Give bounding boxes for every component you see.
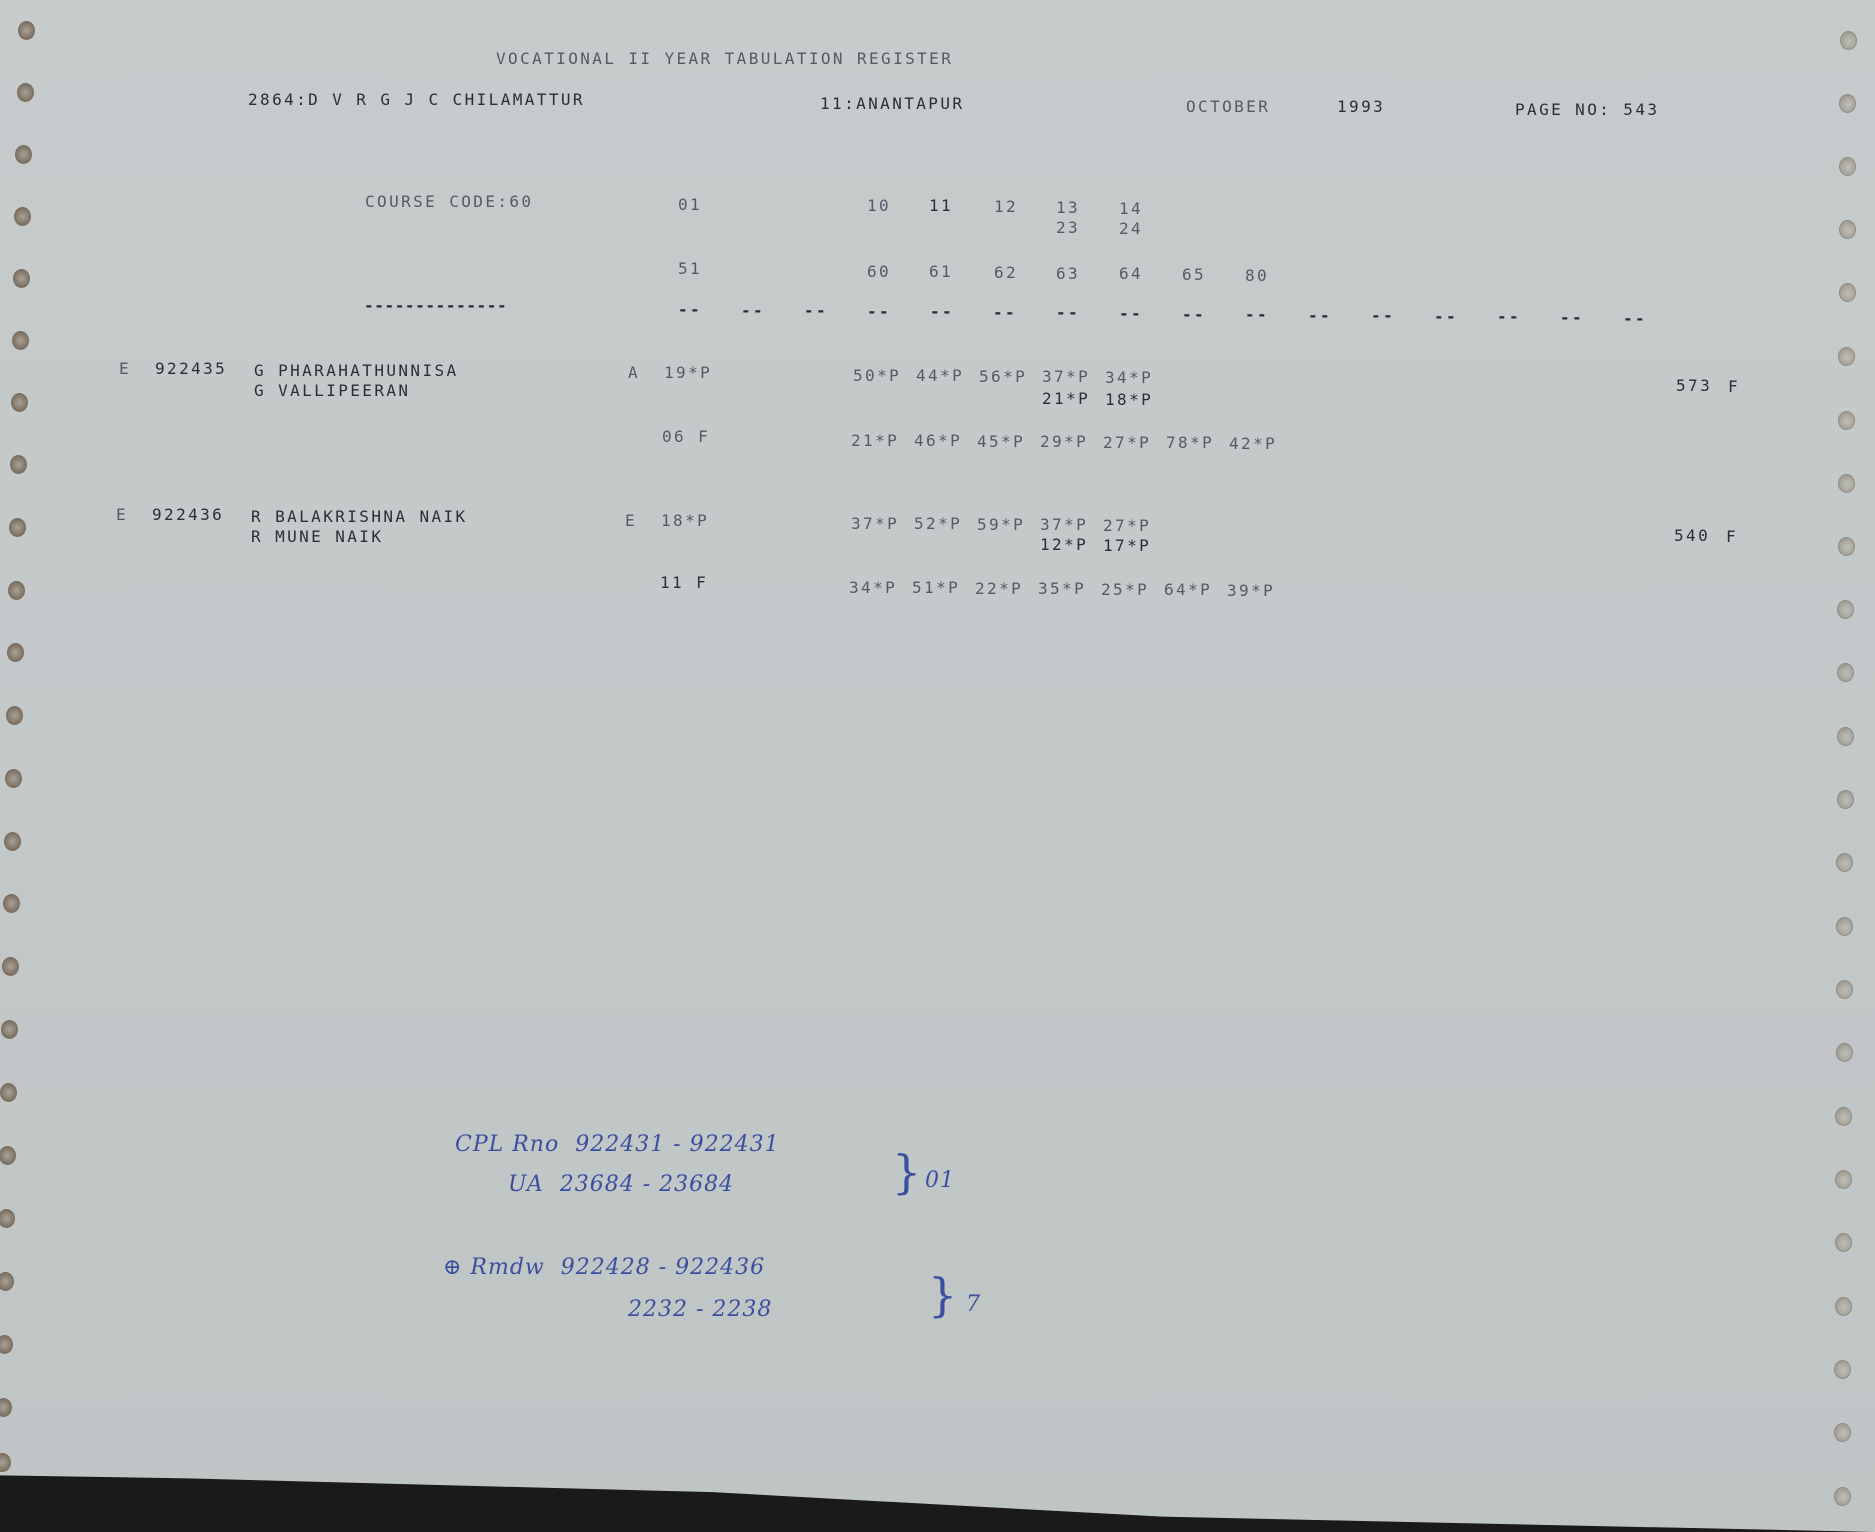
language-group: A	[628, 364, 640, 382]
col-header: 11	[929, 197, 953, 215]
feed-hole-icon	[13, 269, 30, 288]
student-father-name: G VALLIPEERAN	[254, 382, 410, 400]
feed-hole-icon	[1835, 1107, 1852, 1126]
feed-hole-icon	[0, 1209, 15, 1228]
college-name: 2864:D V R G J C CHILAMATTUR	[248, 91, 585, 109]
feed-hole-icon	[1837, 727, 1854, 746]
col-header: 63	[1056, 265, 1080, 283]
dash: --	[1182, 306, 1206, 324]
mark: 22*P	[975, 580, 1023, 598]
feed-hole-icon	[1834, 1423, 1851, 1442]
district-name: 11:ANANTAPUR	[820, 95, 964, 113]
col-header: 62	[994, 264, 1018, 282]
feed-hole-icon	[10, 455, 27, 474]
student-category: E	[116, 506, 128, 524]
register-title: VOCATIONAL II YEAR TABULATION REGISTER	[496, 50, 953, 68]
feed-hole-icon	[1839, 283, 1856, 302]
dash: --	[1119, 305, 1143, 323]
mark: 34*P	[849, 579, 897, 597]
col-header: 65	[1182, 266, 1206, 284]
page-number: PAGE NO: 543	[1515, 101, 1659, 119]
feed-hole-icon	[1838, 474, 1855, 493]
mark: 37*P	[1040, 516, 1088, 534]
col-header: 51	[678, 260, 702, 278]
mark: 37*P	[851, 515, 899, 533]
handwritten-line: ⊕ Rmdw 922428 - 922436	[443, 1255, 765, 1280]
feed-hole-icon	[18, 21, 35, 40]
feed-hole-icon	[15, 145, 32, 164]
feed-hole-icon	[11, 393, 28, 412]
result-status: F	[1728, 378, 1740, 396]
student-father-name: R MUNE NAIK	[251, 528, 383, 546]
feed-hole-icon	[1836, 917, 1853, 936]
col-header: 80	[1245, 267, 1269, 285]
language-group: E	[625, 512, 637, 530]
student-category: E	[119, 360, 131, 378]
feed-hole-icon	[1834, 1360, 1851, 1379]
dash: --	[867, 303, 891, 321]
mark: 42*P	[1229, 435, 1277, 453]
feed-hole-icon	[0, 1083, 17, 1102]
feed-hole-icon	[3, 894, 20, 913]
student-name: G PHARAHATHUNNISA	[254, 362, 459, 380]
feed-hole-icon	[14, 207, 31, 226]
part1-marks-row2: 11 F	[660, 574, 708, 592]
feed-hole-icon	[12, 331, 29, 350]
dash: --	[1056, 304, 1080, 322]
col-header: 23	[1056, 219, 1080, 237]
mark: 37*P	[1042, 368, 1090, 386]
handwritten-line: UA 23684 - 23684	[508, 1172, 734, 1197]
mark: 50*P	[853, 367, 901, 385]
mark: 29*P	[1040, 433, 1088, 451]
dash: --	[993, 304, 1017, 322]
result-status: F	[1726, 528, 1738, 546]
dash: --	[1434, 308, 1458, 326]
dash: --	[678, 301, 702, 319]
col-header: 13	[1056, 199, 1080, 217]
part1-marks: 19*P	[664, 364, 712, 382]
feed-hole-icon	[1838, 411, 1855, 430]
feed-hole-icon	[7, 643, 24, 662]
dash: --	[1245, 306, 1269, 324]
mark: 21*P	[1042, 390, 1090, 408]
feed-hole-icon	[0, 1398, 12, 1417]
col-header: 12	[994, 198, 1018, 216]
mark: 39*P	[1227, 582, 1275, 600]
feed-hole-icon	[1839, 157, 1856, 176]
feed-hole-icon	[0, 1335, 13, 1354]
feed-hole-icon	[1, 1020, 18, 1039]
student-roll-no: 922435	[155, 360, 227, 378]
exam-year: 1993	[1337, 98, 1385, 116]
dash: --	[1497, 308, 1521, 326]
mark: 59*P	[977, 516, 1025, 534]
mark: 17*P	[1103, 537, 1151, 555]
feed-hole-icon	[1835, 1297, 1852, 1316]
feed-hole-icon	[5, 769, 22, 788]
mark: 27*P	[1103, 434, 1151, 452]
feed-hole-icon	[1837, 600, 1854, 619]
dash: --	[1560, 309, 1584, 327]
mark: 78*P	[1166, 434, 1214, 452]
feed-hole-icon	[1836, 1043, 1853, 1062]
feed-hole-icon	[2, 957, 19, 976]
exam-month: OCTOBER	[1186, 98, 1270, 116]
feed-hole-icon	[0, 1453, 11, 1472]
col-header: 01	[678, 196, 702, 214]
dash: --	[1308, 307, 1332, 325]
col-header: 60	[867, 263, 891, 281]
feed-hole-icon	[1835, 1233, 1852, 1252]
feed-hole-icon	[1835, 1170, 1852, 1189]
feed-hole-icon	[1836, 853, 1853, 872]
course-code: COURSE CODE:60	[365, 193, 533, 211]
mark: 51*P	[912, 579, 960, 597]
dash: --	[930, 303, 954, 321]
tabulation-sheet: VOCATIONAL II YEAR TABULATION REGISTER 2…	[0, 0, 1875, 1532]
col-header: 64	[1119, 265, 1143, 283]
mark: 64*P	[1164, 581, 1212, 599]
name-column-rule: --------------	[364, 297, 507, 315]
mark: 21*P	[851, 432, 899, 450]
col-header: 24	[1119, 220, 1143, 238]
feed-hole-icon	[1834, 1487, 1851, 1506]
part1-marks-row2: 06 F	[662, 428, 710, 446]
col-header: 14	[1119, 200, 1143, 218]
total-marks: 573	[1676, 377, 1712, 395]
mark: 45*P	[977, 433, 1025, 451]
feed-hole-icon	[0, 1146, 16, 1165]
feed-hole-icon	[1836, 980, 1853, 999]
feed-hole-icon	[1839, 94, 1856, 113]
feed-hole-icon	[8, 581, 25, 600]
mark: 12*P	[1040, 536, 1088, 554]
feed-hole-icon	[1837, 790, 1854, 809]
feed-hole-icon	[6, 706, 23, 725]
mark: 34*P	[1105, 369, 1153, 387]
dash: --	[804, 302, 828, 320]
feed-hole-icon	[9, 518, 26, 537]
mark: 35*P	[1038, 580, 1086, 598]
mark: 27*P	[1103, 517, 1151, 535]
mark: 18*P	[1105, 391, 1153, 409]
feed-hole-icon	[4, 832, 21, 851]
mark: 25*P	[1101, 581, 1149, 599]
total-marks: 540	[1674, 527, 1710, 545]
dash: --	[1623, 310, 1647, 328]
dash: --	[1371, 307, 1395, 325]
feed-hole-icon	[1838, 537, 1855, 556]
brace-icon: }	[892, 1145, 921, 1199]
dash: --	[741, 302, 765, 320]
feed-hole-icon	[17, 83, 34, 102]
col-header: 10	[867, 197, 891, 215]
col-header: 61	[929, 263, 953, 281]
handwritten-count: 01	[925, 1168, 955, 1193]
student-name: R BALAKRISHNA NAIK	[251, 508, 468, 526]
mark: 46*P	[914, 432, 962, 450]
brace-icon: }	[928, 1268, 957, 1322]
feed-hole-icon	[0, 1272, 14, 1291]
feed-hole-icon	[1838, 347, 1855, 366]
mark: 52*P	[914, 515, 962, 533]
handwritten-line: 2232 - 2238	[628, 1297, 772, 1322]
feed-hole-icon	[1840, 31, 1857, 50]
mark: 44*P	[916, 367, 964, 385]
feed-hole-icon	[1837, 663, 1854, 682]
feed-hole-icon	[1839, 220, 1856, 239]
part1-marks: 18*P	[661, 512, 709, 530]
handwritten-count: 7	[966, 1292, 981, 1317]
student-roll-no: 922436	[152, 506, 224, 524]
mark: 56*P	[979, 368, 1027, 386]
handwritten-line: CPL Rno 922431 - 922431	[455, 1132, 780, 1157]
